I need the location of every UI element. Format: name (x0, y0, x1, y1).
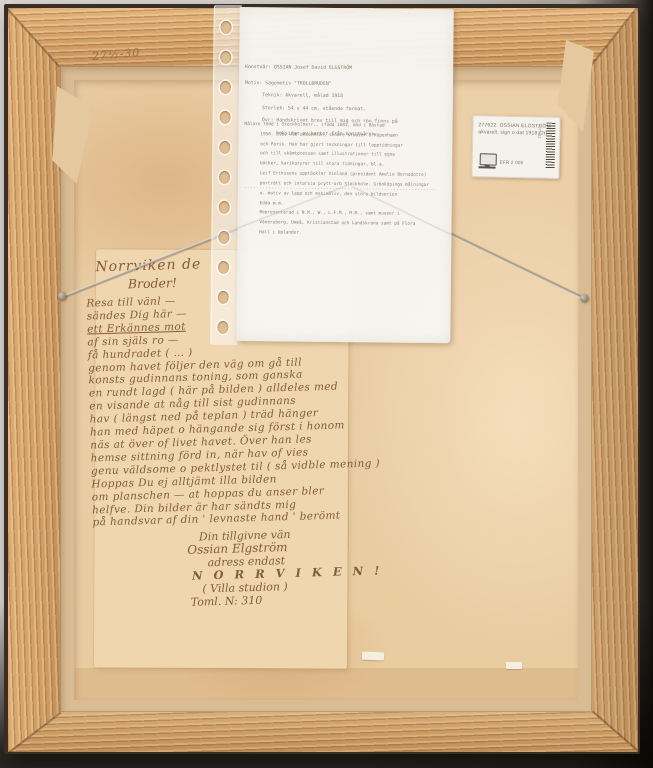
typed-body-line: Hall i Uplander. (259, 230, 301, 235)
typed-body-line: Målare född i Stockholmstr., (född 1883,… (245, 122, 385, 128)
punch-hole (220, 51, 231, 64)
typed-body-line: böcker, karikatyrer till stora tidningar… (260, 161, 384, 167)
barcode (546, 123, 556, 169)
backing-bottom-band (74, 668, 578, 700)
typed-body-line: och Paris. Han har gjort teckningar till… (260, 142, 403, 148)
frame-bottom-rail (8, 712, 638, 752)
punch-hole (218, 261, 229, 274)
typed-info-line: Motiv: Sagomotiv "TROLLBRUDEN" (245, 81, 332, 87)
auction-barcode-label: 277622. OSSIAN ELGSTRÖM akvarell, sign o… (471, 115, 560, 179)
punch-hole (219, 201, 230, 214)
typed-body-line: och till skämtpressen samt illustratione… (260, 152, 395, 158)
punch-hole (220, 111, 231, 124)
plastic-sleeve: Konstnär: OSSIAN Josef David ELGSTRÖM Mo… (210, 5, 460, 350)
tape-remnant (506, 662, 522, 669)
wire-screw-eye-right (580, 294, 588, 302)
monitor-icon-base (479, 166, 496, 168)
punch-hole (220, 21, 231, 34)
typed-info-line: Teknik: Akvarell, målad 1918 (262, 94, 343, 100)
label-estimate: EFR 2 000 (500, 160, 524, 165)
typed-info-line: Storlek: 54 x 44 cm, stående format. (262, 106, 366, 112)
typed-body-line: 1950. Elev vid akademien, senare studier… (260, 132, 398, 138)
punch-hole (219, 141, 230, 154)
punch-hole (220, 81, 231, 94)
typed-body-line: Vänersborg, Umeå, Kristianstad och Lands… (259, 220, 415, 227)
frame-left-rail (8, 8, 60, 752)
tape-remnant (362, 652, 384, 661)
typed-body-line: Leif Erikssons upptäckter Vinland (presi… (260, 171, 427, 178)
typed-body-line: Edda m.m. (260, 201, 284, 206)
frame-right-rail (592, 8, 638, 752)
punch-hole (218, 291, 229, 304)
punch-hole (217, 321, 228, 334)
barcode-number: 277622 (537, 127, 541, 139)
typed-biography-block: Målare född i Stockholmstr., (född 1883,… (243, 123, 429, 238)
punch-hole (219, 171, 230, 184)
monitor-icon (480, 153, 497, 165)
letter-closing-block: Din tillgivne vän Ossian Elgström adress… (181, 525, 423, 610)
wire-screw-eye-left (58, 292, 66, 300)
photo-of-frame-back: 27½-30 Norrviken de Broder! Resa till vä… (0, 0, 653, 768)
